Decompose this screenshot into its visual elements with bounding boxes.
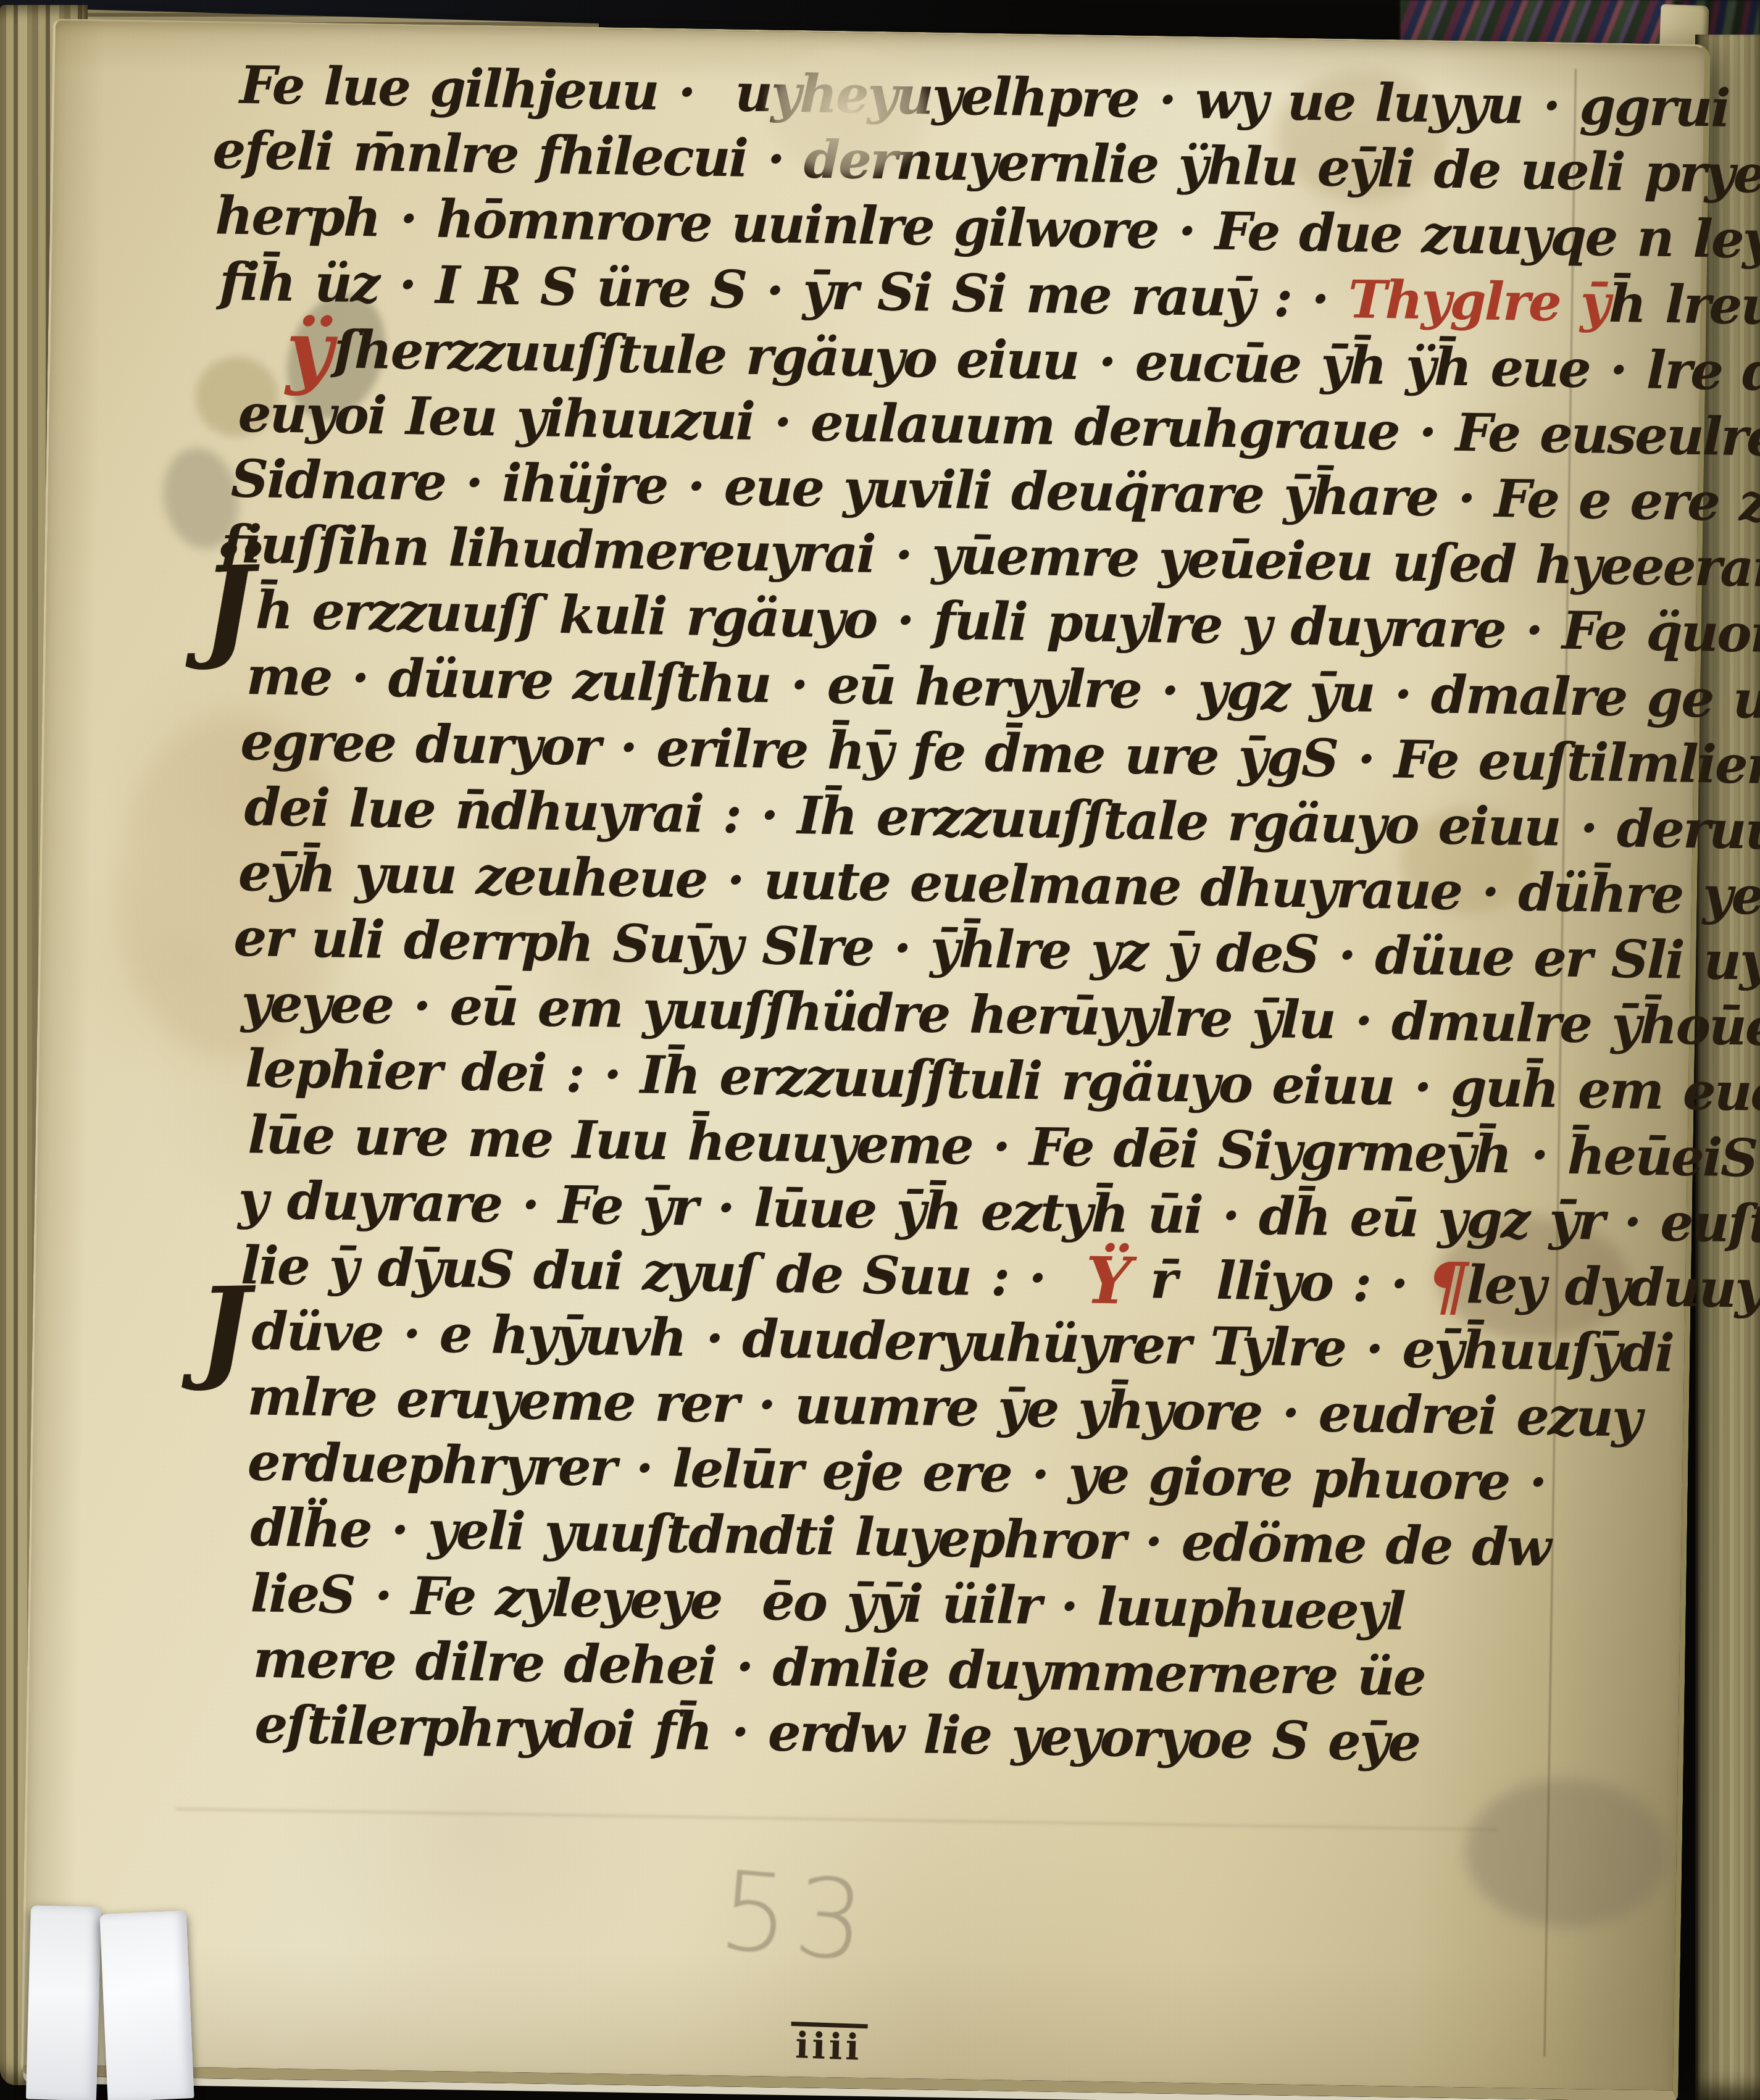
manuscript-line: erduephryrer · lelūr eje ere · ye giore …: [248, 1436, 1546, 1508]
rubric-text: ÿ: [286, 350, 332, 351]
faded-erosion-patch: [763, 45, 932, 180]
manuscript-line: eſtilerphrydoi fh̄ · erdw lie yeyoryoe S…: [254, 1698, 1420, 1769]
manuscript-line: mlre eruyeme rer · uumre ȳe yh̄yore · eu…: [247, 1370, 1641, 1444]
rubric-text: Ÿ: [1086, 1281, 1130, 1281]
manuscript-page: Fe lue gilhjeuu · uyheyuyelhpre · wy ue …: [21, 19, 1711, 2100]
ink-text: J̈: [202, 607, 251, 609]
ink-text: r̄ lliyo : ·: [1130, 1249, 1428, 1315]
ink-text: ley dyduuyhh̄lu..: [1466, 1254, 1760, 1322]
quire-signature: iiii: [790, 2022, 868, 2065]
ink-text: lie ȳ dȳuS dui zyuſ de Suu : ·: [241, 1235, 1086, 1309]
manuscript-line: dlḧe · yeli yuuſtdndti luyephror · edöme…: [250, 1501, 1550, 1573]
ink-text: J: [198, 1328, 247, 1330]
manuscript-photo: Fe lue gilhjeuu · uyheyuyelhpre · wy ue …: [0, 0, 1760, 2100]
manuscript-line: lieS · Fe zyleyeye ēo ȳȳi üilr · luuphue…: [250, 1567, 1404, 1637]
ink-text: lieS · Fe zyleyeye ēo ȳȳi üilr · luuphue…: [250, 1562, 1404, 1641]
pencil-page-number: 53: [715, 1857, 875, 1978]
ink-text: fih̄ üz · I R S üre S · ȳr Si Si me rauȳ…: [219, 251, 1349, 330]
ink-text: h̄ lreuyo: [1608, 273, 1760, 338]
manuscript-text-layer: Fe lue gilhjeuu · uyheyuyelhpre · wy ue …: [23, 20, 1705, 2091]
ink-text: eſtilerphrydoi fh̄ · erdw lie yeyoryoe S…: [254, 1693, 1420, 1773]
manuscript-line: mere dilre dehei · dmlie duymmernere üe: [253, 1633, 1425, 1703]
ink-text: mere dilre dehei · dmlie duymmernere üe: [253, 1628, 1425, 1707]
rubric-text: Thyglre ȳ: [1348, 269, 1609, 334]
rubric-text: ¶: [1427, 1286, 1467, 1286]
bookmark-slip-2: [99, 1910, 194, 2100]
bookmark-slip-1: [26, 1906, 101, 2100]
